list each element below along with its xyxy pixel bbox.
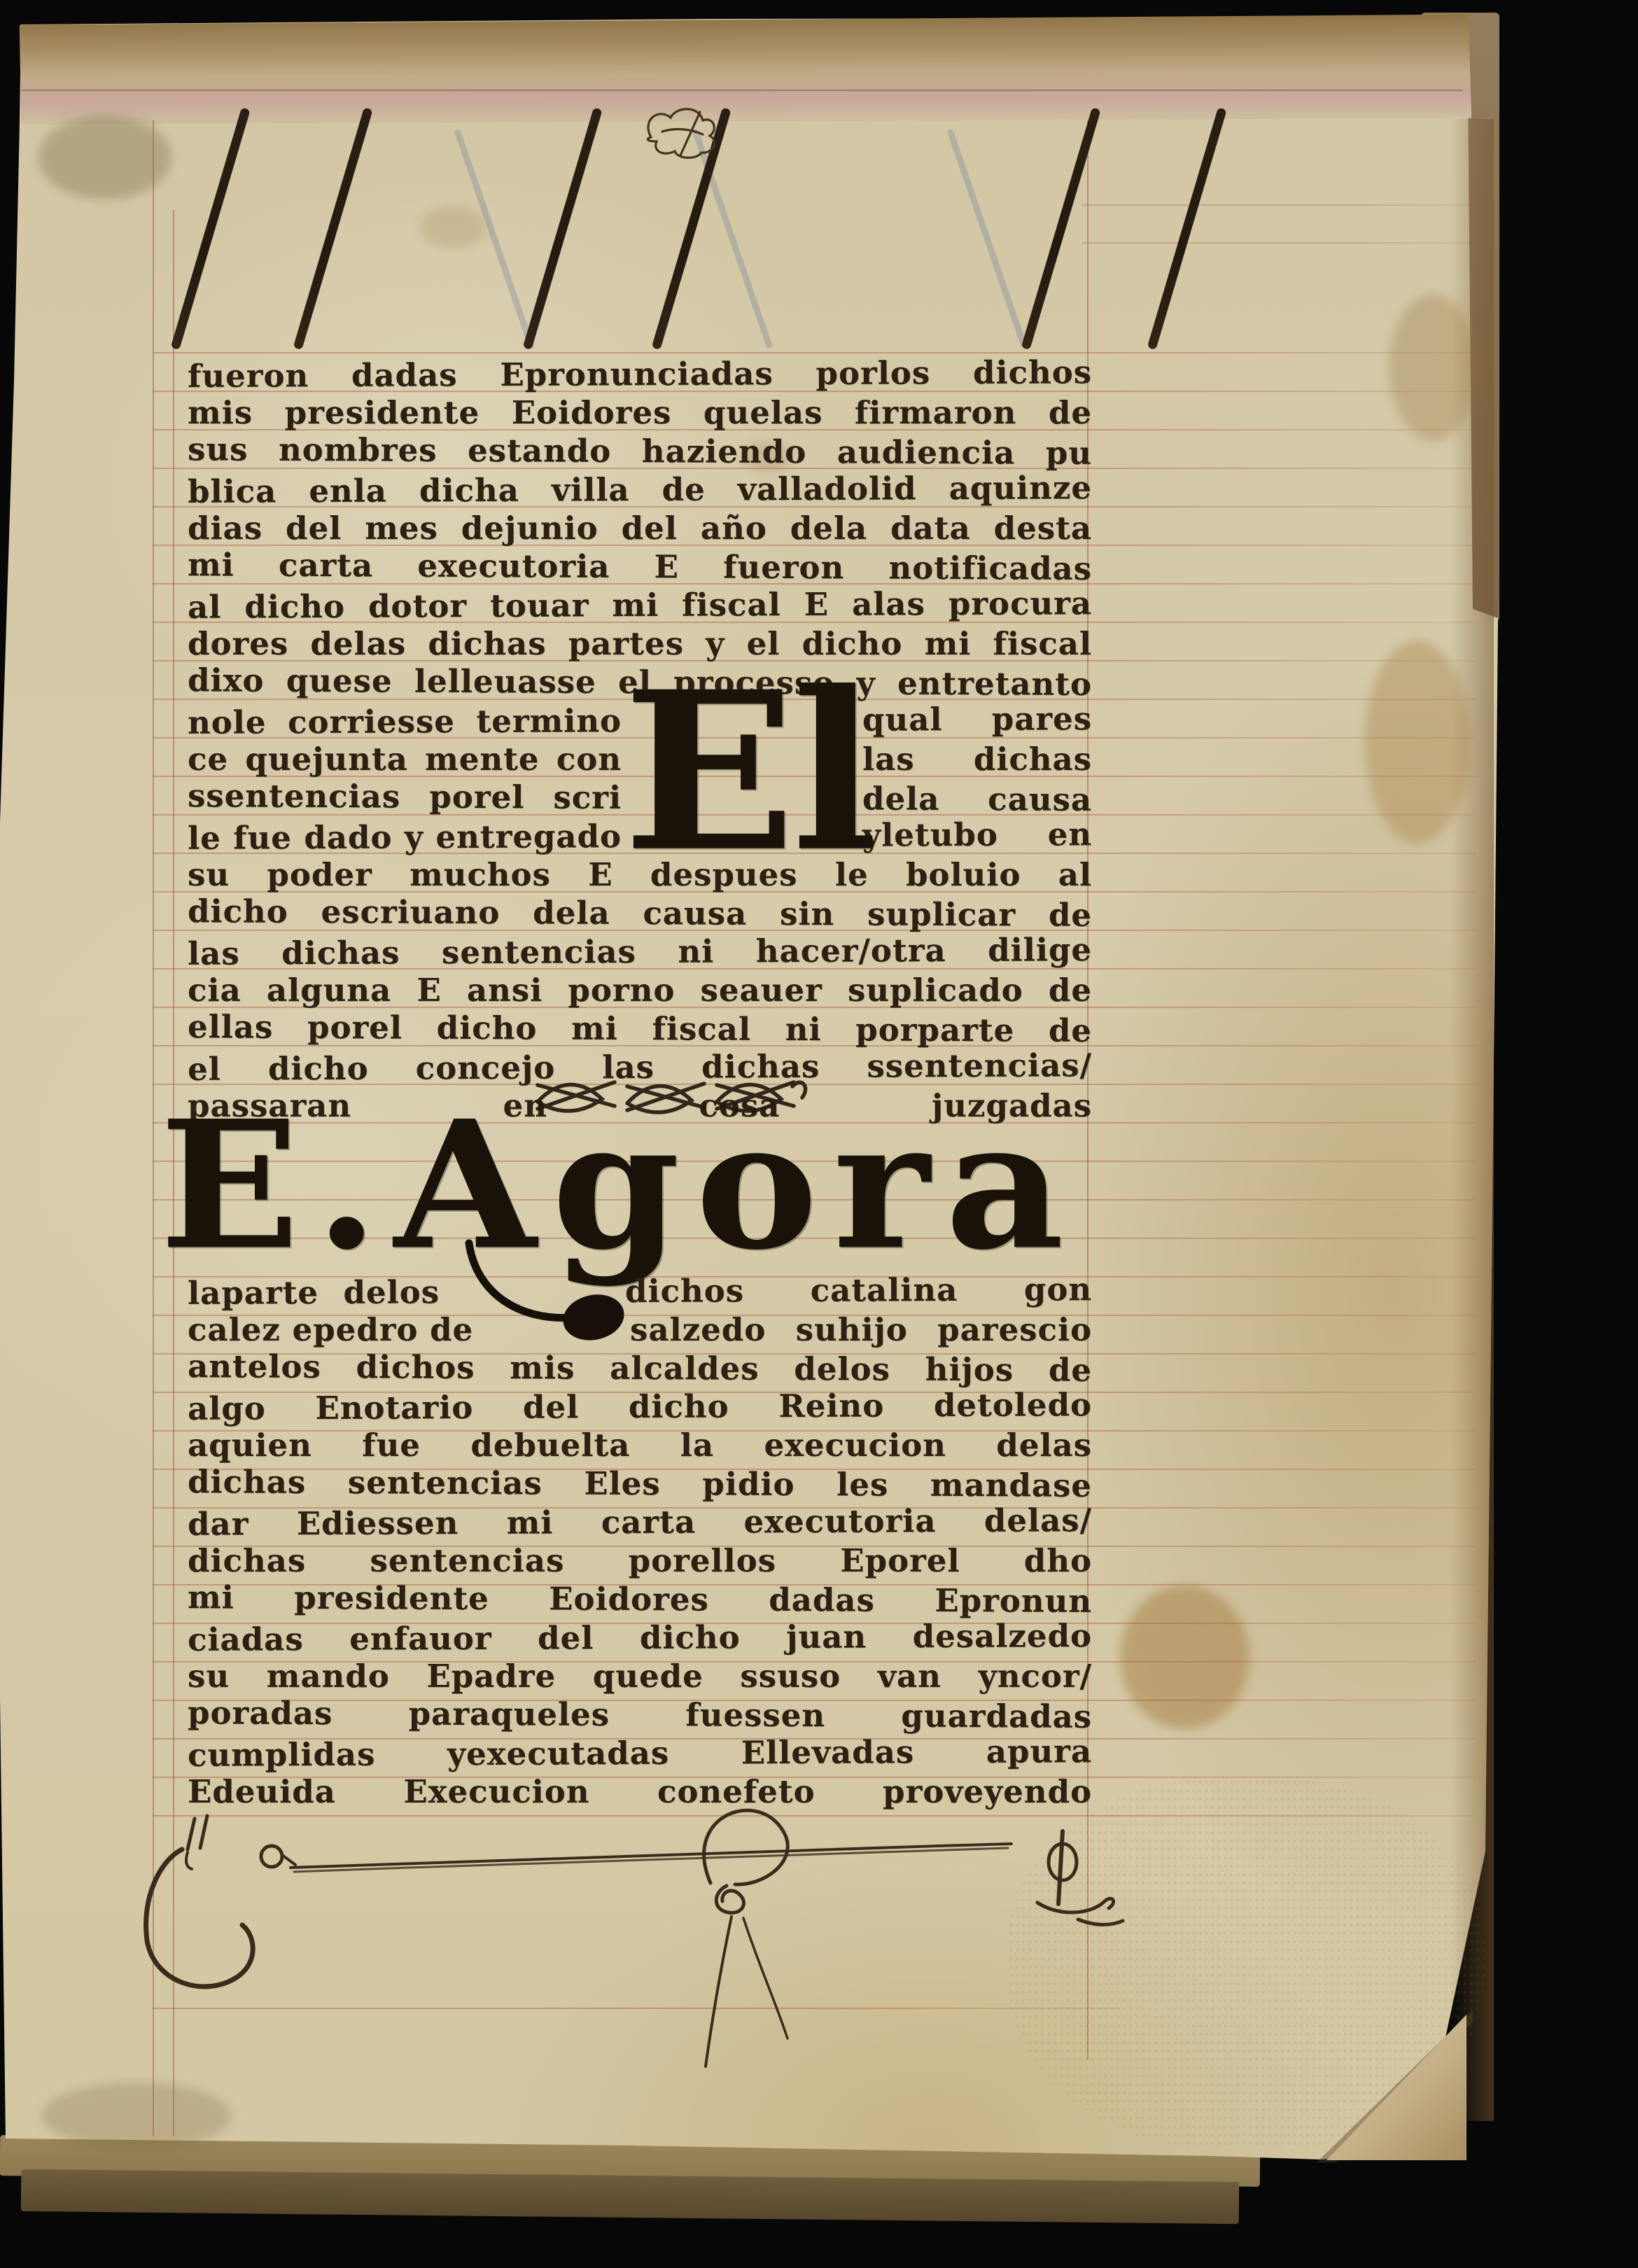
- manuscript-line: al dicho dotor touar mi fiscal E alas pr…: [188, 584, 1092, 628]
- line-filler-knot: [532, 1074, 819, 1119]
- manuscript-line: dichas sentencias Eles pidio les mandase: [188, 1463, 1092, 1506]
- initial-el: El: [623, 668, 859, 874]
- parchment-rolled-top-edge: [0, 14, 1499, 125]
- ruling-horizontal: [1081, 204, 1473, 206]
- stain: [38, 115, 171, 199]
- manuscript-line-left: laparte delos: [188, 1273, 440, 1314]
- pen-flourish: [77, 1792, 1141, 2086]
- manuscript-line: cumplidas yexecutadas Ellevadas apura: [188, 1732, 1092, 1776]
- manuscript-line-right: qual pares: [862, 700, 1092, 740]
- manuscript-line: mi carta executoria E fueron notificadas: [188, 546, 1092, 589]
- manuscript-line: mi presidente Eoidores dadas Epronun: [188, 1578, 1092, 1622]
- manuscript-line: las dichas sentencias ni hacer/otra dili…: [188, 931, 1092, 974]
- manuscript-line: ciadas enfauor del dicho juan desalzedo: [188, 1617, 1092, 1660]
- manuscript-line: dar Ediessen mi carta executoria delas/: [188, 1501, 1092, 1545]
- manuscript-line: antelos dichos mis alcaldes delos hijos …: [188, 1347, 1092, 1391]
- manuscript-line: calez epedro desalzedo suhijo parescio: [188, 1311, 1092, 1350]
- ruling-horizontal: [1081, 242, 1473, 244]
- manuscript-line-right: dela causa: [862, 780, 1092, 820]
- stain: [420, 206, 486, 248]
- manuscript-line: laparte delosdichos catalina gon: [188, 1270, 1092, 1314]
- stain: [42, 2082, 231, 2149]
- manuscript-line: dichas sentencias porellos Eporel dho: [188, 1542, 1092, 1581]
- manuscript-line: sus nombres estando haziendo audiencia p…: [188, 430, 1092, 474]
- manuscript-line: su mando Epadre quede ssuso van yncor/: [188, 1658, 1092, 1697]
- manuscript-line: aquien fue debuelta la execucion delas: [188, 1427, 1092, 1466]
- manuscript-line: blica enla dicha villa de valladolid aqu…: [188, 469, 1092, 512]
- manuscript-line-right: yletubo en: [862, 815, 1092, 855]
- manuscript-line-left: nole corriesse termino: [188, 702, 622, 743]
- manuscript-line-left: calez epedro de: [188, 1311, 454, 1350]
- parchment-crease: [21, 90, 1463, 91]
- manuscript-line-left: le fue dado y entregado: [188, 818, 622, 859]
- manuscript-line-right: las dichas: [862, 741, 1092, 780]
- photograph-background: fueron dadas Epronunciadas porlos dichos…: [0, 0, 1638, 2268]
- stain: [1389, 294, 1477, 441]
- ruling-horizontal: [153, 352, 1476, 353]
- manuscript-line: fueron dadas Epronunciadas porlos dichos: [188, 353, 1092, 397]
- stain: [1365, 640, 1470, 843]
- manuscript-line: mis presidente Eoidores quelas firmaron …: [188, 394, 1092, 433]
- manuscript-line: ellas porel dicho mi fiscal ni porparte …: [188, 1008, 1092, 1051]
- manuscript-line: cia alguna E ansi porno seauer suplicado…: [188, 972, 1092, 1011]
- manuscript-line: dias del mes dejunio del año dela data d…: [188, 510, 1092, 549]
- manuscript-line: algo Enotario del dicho Reino detoledo: [188, 1386, 1092, 1429]
- manuscript-line-left: ce quejunta mente con: [188, 741, 622, 780]
- stain: [1120, 1585, 1249, 1729]
- notary-scribble-icon: [638, 104, 722, 158]
- manuscript-line-left: ssentencias porel scri: [188, 777, 622, 818]
- manuscript-line: poradas paraqueles fuessen guardadas: [188, 1694, 1092, 1737]
- manuscript-line-right: dichos catalina gon: [625, 1270, 1092, 1312]
- manuscript-line-right: salzedo suhijo parescio: [630, 1311, 1092, 1350]
